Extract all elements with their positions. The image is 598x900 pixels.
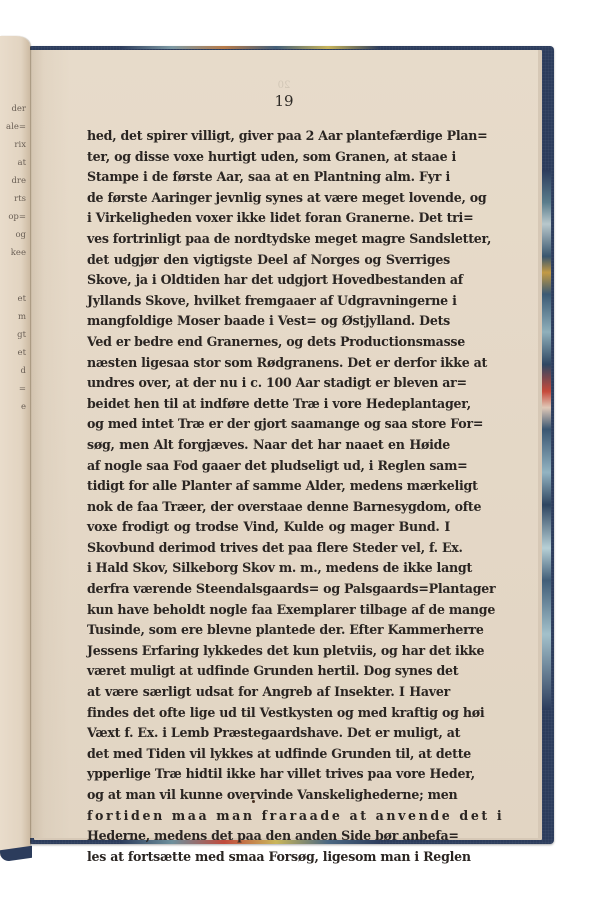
body-text: hed, det spirer villigt, giver paa 2 Aar… — [87, 126, 450, 867]
book-photo: 20 19 hed, det spirer villigt, giver paa… — [0, 0, 598, 900]
left-page-fragment: kee — [11, 248, 26, 258]
text-line: Ved er bedre end Granernes, og dets Prod… — [87, 332, 450, 353]
text-line: Stampe i de første Aar, saa at en Plantn… — [87, 167, 450, 188]
text-line: beidet hen til at indføre dette Træ i vo… — [87, 394, 450, 415]
text-line: Jyllands Skove, hvilket fremgaaer af Udg… — [87, 291, 450, 312]
left-page-fragment: at — [18, 158, 26, 168]
left-page-fragment: der — [11, 104, 26, 114]
text-line: og at man vil kunne overvinde Vanskeligh… — [87, 785, 450, 806]
left-page-fragment: rts — [14, 194, 26, 204]
left-page-fragment: et — [18, 294, 26, 304]
text-line: i Hald Skov, Silkeborg Skov m. m., meden… — [87, 558, 450, 579]
text-line: derfra værende Steendalsgaards= og Palsg… — [87, 579, 450, 600]
text-line: voxe frodigt og trodse Vind, Kulde og ma… — [87, 517, 450, 538]
text-line: Tusinde, som ere blevne plantede der. Ef… — [87, 620, 450, 641]
page-number: 19 — [30, 92, 538, 110]
text-line: at være særligt udsat for Angreb af Inse… — [87, 682, 450, 703]
left-page-fragment: et — [18, 348, 26, 358]
left-page-fragment: ale= — [6, 122, 26, 132]
text-line: Jessens Erfaring lykkedes det kun pletvi… — [87, 641, 450, 662]
text-line: ter, og disse voxe hurtigt uden, som Gra… — [87, 147, 450, 168]
text-line: hed, det spirer villigt, giver paa 2 Aar… — [87, 126, 450, 147]
text-line: ves fortrinligt paa de nordtydske meget … — [87, 229, 450, 250]
show-through-page-number: 20 — [30, 80, 538, 91]
text-line: tidigt for alle Planter af samme Alder, … — [87, 476, 450, 497]
text-line: Hederne, medens det paa den anden Side b… — [87, 826, 450, 847]
left-page-fragment: rix — [14, 140, 26, 150]
text-line: findes det ofte lige ud til Vestkysten o… — [87, 703, 450, 724]
text-line: fortiden maa man fraraade at anvende det… — [87, 806, 450, 827]
text-line: kun have beholdt nogle faa Exemplarer ti… — [87, 600, 450, 621]
left-page-edge: der ale= rix at dre rts op= og kee et m … — [0, 36, 30, 856]
left-page-fragment: dre — [11, 176, 26, 186]
left-page-fragment: e — [21, 402, 26, 412]
left-page-fragment: op= — [8, 212, 26, 222]
text-line: ypperlige Træ hidtil ikke har villet tri… — [87, 764, 450, 785]
ink-spot — [252, 800, 255, 803]
text-line: undres over, at der nu i c. 100 Aar stad… — [87, 373, 450, 394]
text-line: nok de faa Træer, der overstaae denne Ba… — [87, 497, 450, 518]
text-line: af nogle saa Fod gaaer det pludseligt ud… — [87, 456, 450, 477]
text-line: det med Tiden vil lykkes at udfinde Grun… — [87, 744, 450, 765]
text-line: næsten ligesaa stor som Rødgranens. Det … — [87, 353, 450, 374]
left-page-fragment: gt — [17, 330, 26, 340]
text-line: de første Aaringer jevnlig synes at være… — [87, 188, 450, 209]
marbled-edge-top — [120, 46, 380, 49]
text-line: les at fortsætte med smaa Forsøg, ligeso… — [87, 847, 450, 868]
left-page-fragment: m — [18, 312, 26, 322]
text-line: Væxt f. Ex. i Lemb Præstegaardshave. Det… — [87, 723, 450, 744]
text-line: mangfoldige Moser baade i Vest= og Østjy… — [87, 311, 450, 332]
left-page-fragment: = — [19, 384, 26, 394]
text-line: Skovbund derimod trives det paa flere St… — [87, 538, 450, 559]
text-line: søg, men Alt forgjæves. Naar det har naa… — [87, 435, 450, 456]
left-page-fragment: d — [21, 366, 26, 376]
text-line: i Virkeligheden voxer ikke lidet foran G… — [87, 208, 450, 229]
left-page-fragment: og — [15, 230, 26, 240]
text-line: det udgjør den vigtigste Deel af Norges … — [87, 250, 450, 271]
text-line: Skove, ja i Oldtiden har det udgjort Hov… — [87, 270, 450, 291]
text-line: været muligt at udfinde Grunden hertil. … — [87, 661, 450, 682]
text-line: og med intet Træ er der gjort saamange o… — [87, 414, 450, 435]
